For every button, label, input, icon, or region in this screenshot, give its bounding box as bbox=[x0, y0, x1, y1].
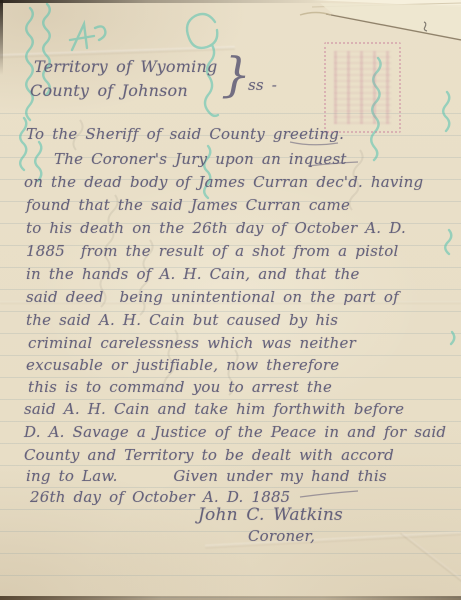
body-line: in the hands of A. H. Cain, and that the bbox=[26, 265, 360, 283]
body-line: The Coroner's Jury upon an inquest bbox=[54, 150, 347, 168]
body-line: 26th day of October A. D. 1885 bbox=[30, 488, 290, 506]
page-edge-line bbox=[312, 3, 461, 7]
folded-corner bbox=[320, 3, 461, 39]
paper-crease bbox=[400, 532, 461, 587]
salutation-line: To the Sheriff of said County greeting. bbox=[26, 125, 344, 143]
document-page: Territory of Wyoming County of Johnson }… bbox=[0, 0, 461, 600]
body-line: criminal carelessness which was neither bbox=[28, 334, 356, 352]
body-line: 1885 from the result of a shot from a pi… bbox=[26, 242, 398, 260]
photo-edge-top bbox=[0, 0, 330, 3]
photo-edge-left bbox=[0, 0, 3, 75]
signature-name: John C. Watkins bbox=[198, 505, 343, 525]
signature-title: Coroner, bbox=[248, 527, 315, 545]
header-ss-mark: ss - bbox=[248, 76, 277, 94]
body-line: said deed being unintentional on the par… bbox=[26, 288, 399, 306]
body-line: on the dead body of James Curran dec'd. … bbox=[24, 173, 423, 191]
receipt-stamp bbox=[324, 42, 401, 133]
body-line: D. A. Savage a Justice of the Peace in a… bbox=[24, 423, 446, 441]
body-line: excusable or justifiable, now therefore bbox=[26, 356, 339, 374]
body-line: this is to command you to arrest the bbox=[28, 378, 332, 396]
fold-shadow bbox=[300, 13, 331, 16]
body-line: County and Territory to be dealt with ac… bbox=[24, 446, 394, 464]
stamp-illegible-text bbox=[334, 51, 391, 124]
small-ink-mark bbox=[424, 22, 427, 31]
fold-crease-line bbox=[326, 14, 461, 40]
body-line: the said A. H. Cain but caused by his bbox=[26, 311, 338, 329]
header-county-line: County of Johnson bbox=[30, 81, 188, 100]
photo-edge-bottom bbox=[0, 596, 461, 600]
page-edge-sliver bbox=[312, 0, 461, 7]
body-line: found that the said James Curran came bbox=[26, 196, 350, 214]
paper-crease bbox=[205, 531, 461, 548]
body-line: said A. H. Cain and take him forthwith b… bbox=[24, 400, 404, 418]
body-line: to his death on the 26th day of October … bbox=[26, 219, 406, 237]
header-territory-line: Territory of Wyoming bbox=[34, 57, 217, 76]
header-brace: } bbox=[221, 48, 251, 103]
body-line: ing to Law. Given under my hand this bbox=[26, 467, 387, 485]
